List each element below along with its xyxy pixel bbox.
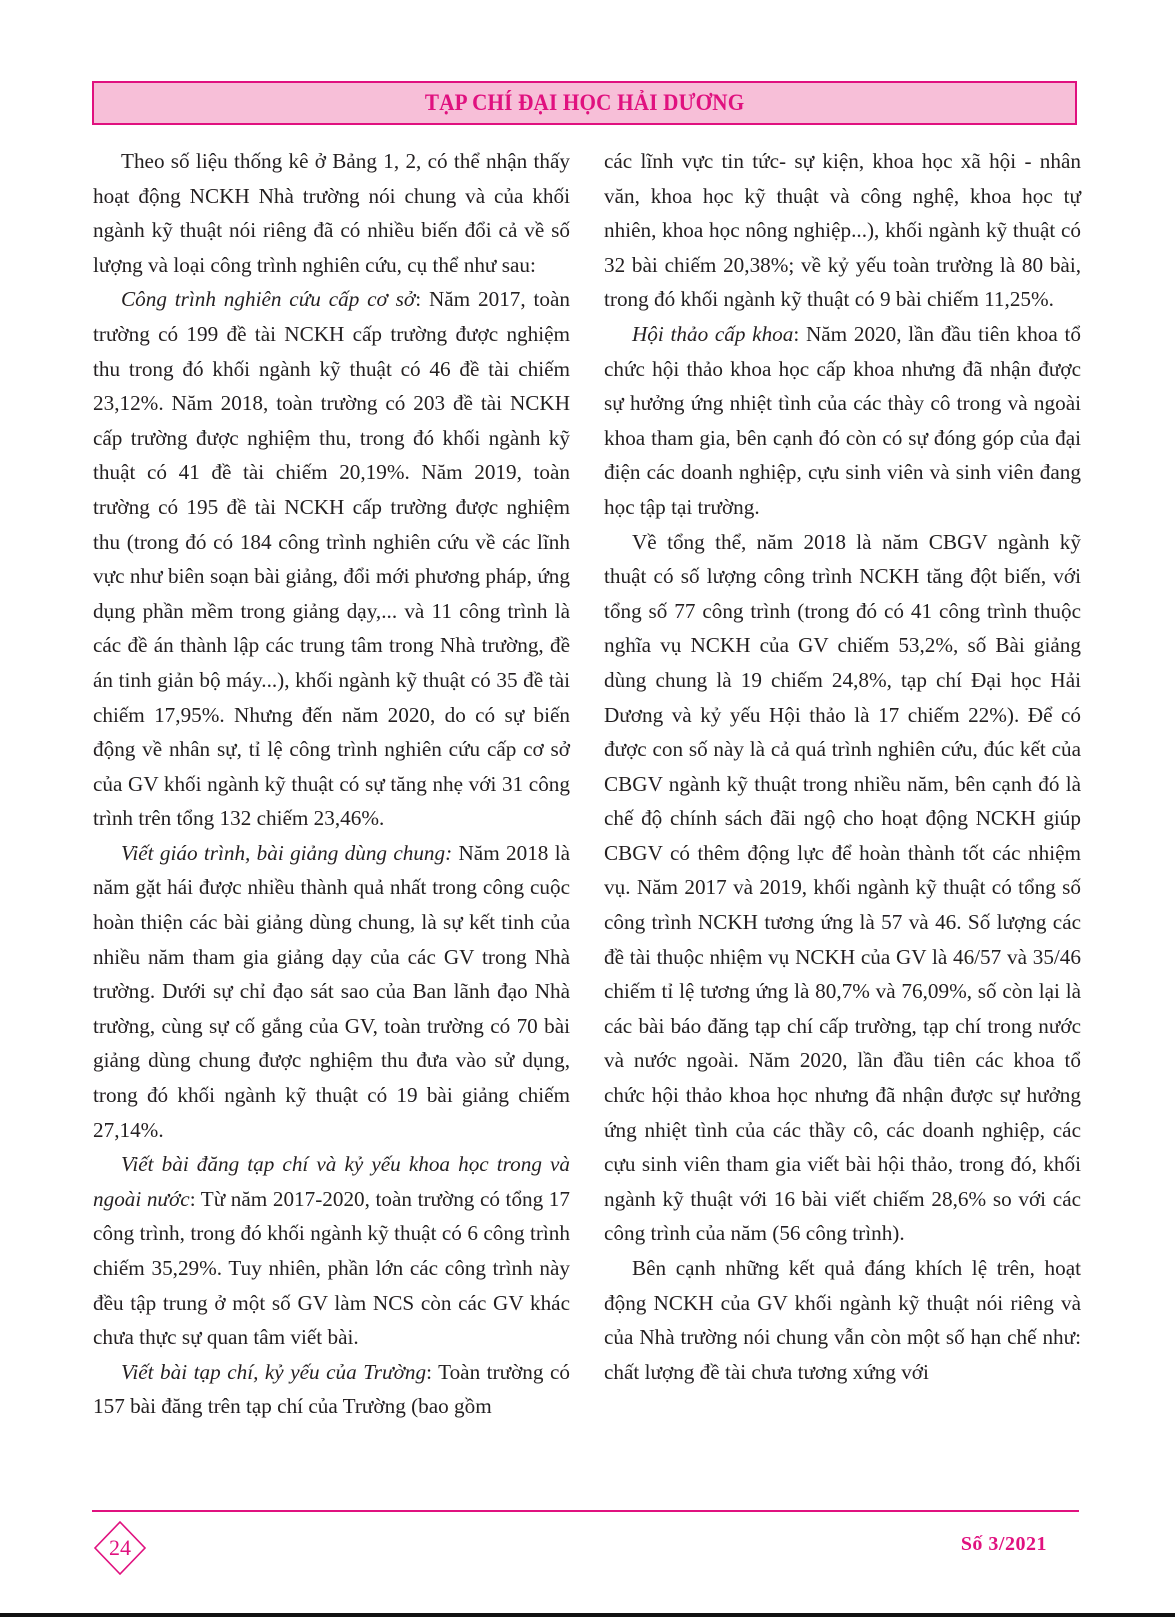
journal-title: TẠP CHÍ ĐẠI HỌC HẢI DƯƠNG [425,90,744,116]
paragraph-school-journal: Viết bài tạp chí, kỷ yếu của Trường: Toà… [93,1355,570,1424]
paragraph-lead-italic: Hội thảo cấp khoa [632,322,793,346]
paragraph-limitations: Bên cạnh những kết quả đáng khích lệ trê… [604,1251,1081,1389]
paragraph-textbook-writing: Viết giáo trình, bài giảng dùng chung: N… [93,836,570,1147]
paragraph-lead-italic: Viết giáo trình, bài giảng dùng chung: [121,841,452,865]
page-number: 24 [93,1521,147,1575]
right-text-column: các lĩnh vực tin tức- sự kiện, khoa học … [604,144,1081,1389]
page-bottom-edge [0,1613,1175,1617]
paragraph-lead-italic: Công trình nghiên cứu cấp cơ sở [121,287,415,311]
paragraph-co-so-research: Công trình nghiên cứu cấp cơ sở: Năm 201… [93,282,570,836]
paragraph-intro: Theo số liệu thống kê ở Bảng 1, 2, có th… [93,144,570,282]
paragraph-overall-summary: Về tổng thể, năm 2018 là năm CBGV ngành … [604,525,1081,1251]
footer-divider [92,1510,1079,1512]
paragraph-faculty-conference: Hội thảo cấp khoa: Năm 2020, lần đầu tiê… [604,317,1081,525]
paragraph-journal-articles: Viết bài đăng tạp chí và kỷ yếu khoa học… [93,1147,570,1355]
issue-number: Số 3/2021 [961,1533,1047,1556]
journal-header-banner: TẠP CHÍ ĐẠI HỌC HẢI DƯƠNG [92,81,1077,125]
paragraph-lead-italic: Viết bài tạp chí, kỷ yếu của Trường [121,1360,426,1384]
left-text-column: Theo số liệu thống kê ở Bảng 1, 2, có th… [93,144,570,1424]
page-number-badge: 24 [93,1521,147,1575]
paragraph-continued: các lĩnh vực tin tức- sự kiện, khoa học … [604,144,1081,317]
